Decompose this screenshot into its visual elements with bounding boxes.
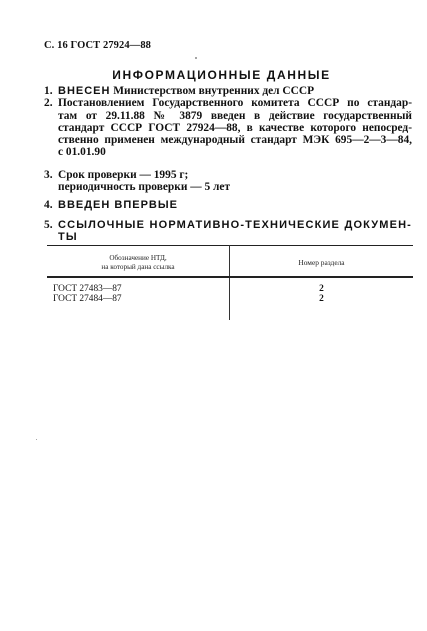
item-line: стандарт СССР ГОСТ 27924—88, в качестве …: [58, 122, 412, 134]
list-item-4: 4. ВВЕДЕН ВПЕРВЫЕ: [44, 199, 412, 211]
table-column-divider: [229, 245, 230, 320]
list-item-3: 3. Срок проверки — 1995 г; периодичность…: [44, 169, 412, 194]
table-header-document: Обозначение НТД, на который дана ссылка: [47, 254, 229, 271]
item-line: Постановлением Государственного комитета…: [58, 97, 412, 109]
table-cell-doc: ГОСТ 27483—87: [53, 284, 122, 294]
item-line: там от 29.11.88 № 3879 введен в действие…: [58, 110, 412, 122]
page-header: С. 16 ГОСТ 27924—88: [44, 40, 151, 51]
table-top-rule: [47, 245, 413, 246]
table-cell-section: 2: [230, 284, 413, 294]
item-text: ВВЕДЕН ВПЕРВЫЕ: [58, 199, 178, 211]
info-list: 1. ВНЕСЕН Министерством внутренних дел С…: [44, 85, 412, 243]
table-header-rule: [47, 276, 413, 278]
item-line: Срок проверки — 1995 г;: [58, 169, 412, 181]
item-line: с 01.01.90: [58, 146, 412, 158]
item-line: периодичность проверки — 5 лет: [58, 181, 412, 193]
item-number: 3.: [44, 169, 58, 194]
list-item-1: 1. ВНЕСЕН Министерством внутренних дел С…: [44, 85, 412, 97]
table-cell-doc: ГОСТ 27484—87: [53, 294, 122, 304]
table-column-documents: ГОСТ 27483—87 ГОСТ 27484—87: [53, 284, 122, 305]
item-number: 4.: [44, 199, 58, 211]
item-number: 5.: [44, 219, 58, 244]
scan-speck: [36, 439, 37, 440]
item-line: ственно применен международный стандарт …: [58, 134, 412, 146]
header-line: на который дана ссылка: [47, 263, 229, 272]
section-title: ИНФОРМАЦИОННЫЕ ДАННЫЕ: [0, 68, 427, 82]
item-lead: ВНЕСЕН: [58, 85, 110, 97]
item-text: Министерством внутренних дел СССР: [110, 85, 314, 97]
header-line: Обозначение НТД,: [47, 254, 229, 263]
item-number: 1.: [44, 85, 58, 97]
scan-speck: [195, 57, 197, 59]
table-column-sections: 2 2: [230, 284, 413, 305]
item-number: 2.: [44, 97, 58, 158]
table-cell-section: 2: [230, 294, 413, 304]
list-item-5: 5. ССЫЛОЧНЫЕ НОРМАТИВНО-ТЕХНИЧЕСКИЕ ДОКУ…: [44, 219, 412, 244]
item-line: ССЫЛОЧНЫЕ НОРМАТИВНО-ТЕХНИЧЕСКИЕ ДОКУМЕН…: [58, 219, 412, 231]
item-line: ТЫ: [58, 231, 412, 243]
list-item-2: 2. Постановлением Государственного комит…: [44, 97, 412, 158]
table-header-section: Номер раздела: [230, 258, 413, 267]
